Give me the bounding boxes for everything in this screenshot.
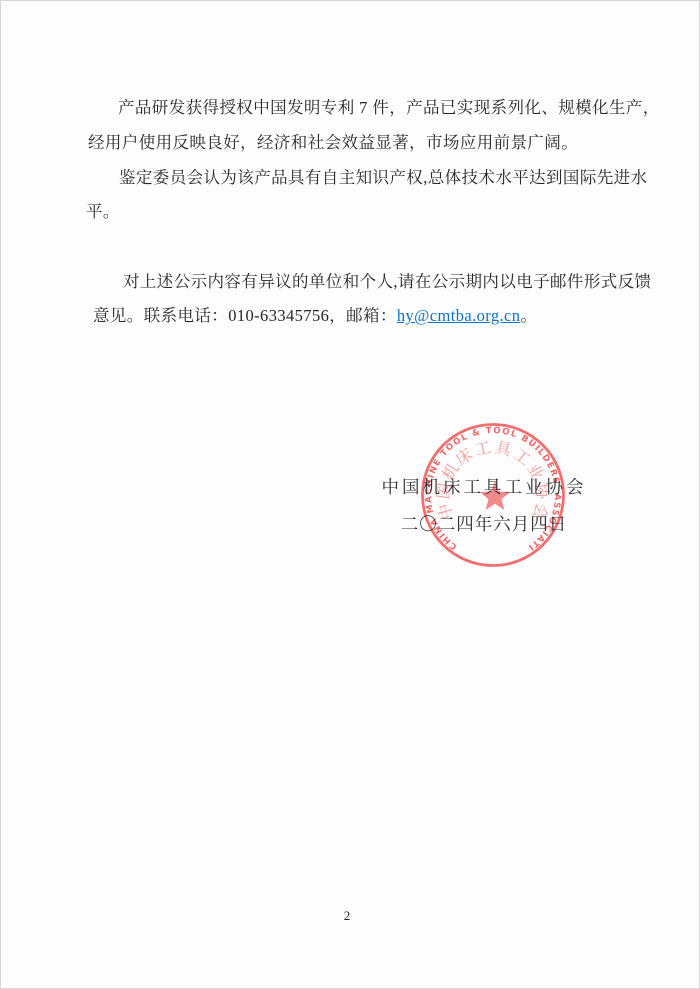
signature-organization: 中国机床工具工业协会 bbox=[373, 474, 595, 499]
paragraph-1-line-2: 经用户使用反映良好，经济和社会效益显著，市场应用前景广阔。 bbox=[88, 129, 578, 153]
paragraph-1-line-1: 产品研发获得授权中国发明专利 7 件，产品已实现系列化、规模化生产， bbox=[118, 94, 660, 118]
paragraph-2-line-2: 平。 bbox=[86, 198, 120, 222]
email-link[interactable]: hy@cmtba.org.cn bbox=[397, 306, 521, 325]
paragraph-3-line-1: 对上述公示内容有异议的单位和个人,请在公示期内以电子邮件形式反馈 bbox=[123, 268, 651, 292]
document-page: 产品研发获得授权中国发明专利 7 件，产品已实现系列化、规模化生产， 经用户使用… bbox=[0, 0, 700, 989]
contact-info-text: 意见。联系电话：010-63345756，邮箱： bbox=[93, 306, 397, 325]
paragraph-2-line-1: 鉴定委员会认为该产品具有自主知识产权,总体技术水平达到国际先进水 bbox=[119, 164, 647, 188]
sentence-end-punctuation: 。 bbox=[520, 306, 537, 325]
paragraph-3-line-2: 意见。联系电话：010-63345756，邮箱：hy@cmtba.org.cn。 bbox=[93, 302, 537, 326]
page-number: 2 bbox=[337, 908, 357, 924]
signature-date: 二〇二四年六月四日 bbox=[373, 511, 595, 536]
